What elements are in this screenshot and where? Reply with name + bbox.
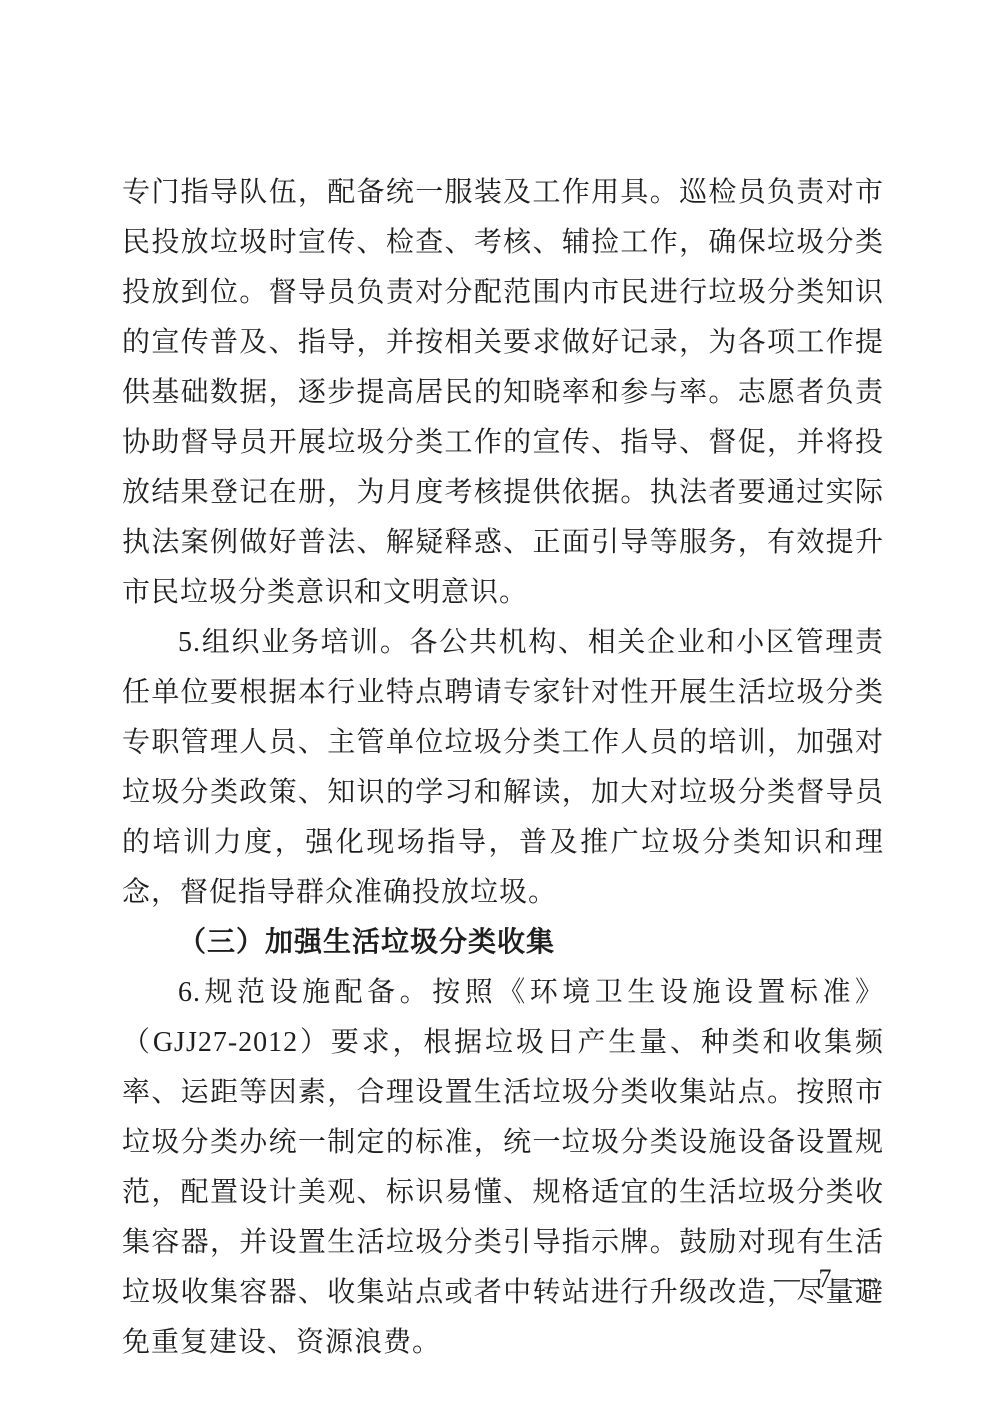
section-heading-3-collection: （三）加强生活垃圾分类收集 [122, 918, 884, 968]
page-body: 专门指导队伍，配备统一服装及工作用具。巡检员负责对市民投放垃圾时宣传、检查、考核… [122, 168, 884, 1368]
paragraph-item-6-facilities: 6.规范设施配备。按照《环境卫生设施设置标准》（GJJ27-2012）要求，根据… [122, 968, 884, 1368]
page-number: — 7 — [774, 1262, 882, 1296]
paragraph-continuation: 专门指导队伍，配备统一服装及工作用具。巡检员负责对市民投放垃圾时宣传、检查、考核… [122, 168, 884, 618]
paragraph-item-5-training: 5.组织业务培训。各公共机构、相关企业和小区管理责任单位要根据本行业特点聘请专家… [122, 618, 884, 918]
document-page: 专门指导队伍，配备统一服装及工作用具。巡检员负责对市民投放垃圾时宣传、检查、考核… [0, 0, 1000, 1414]
